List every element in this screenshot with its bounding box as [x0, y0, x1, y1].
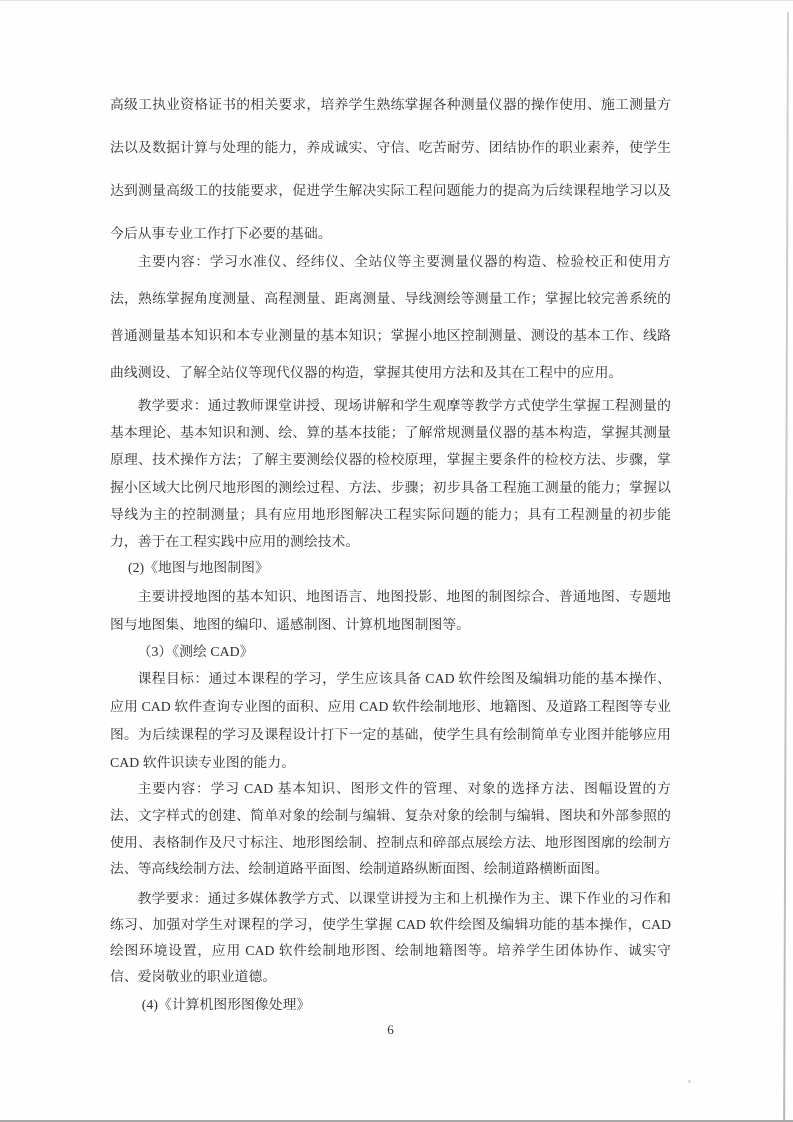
para-cad-main-content: 主要内容：学习 CAD 基本知识、图形文件的管理、对象的选择方法、图幅设置的方法… [110, 776, 671, 883]
para-continuation-course-goal: 高级工执业资格证书的相关要求，培养学生熟练掌握各种测量仪器的操作使用、施工测量方… [110, 83, 671, 255]
text-block: 高级工执业资格证书的相关要求，培养学生熟练掌握各种测量仪器的操作使用、施工测量方… [110, 0, 671, 1122]
heading-course-4-computer-graphics: (4)《计算机图形图像处理》 [110, 991, 671, 1018]
heading-course-3-surveying-cad: （3）《测绘 CAD》 [110, 638, 671, 665]
para-main-content-surveying: 主要内容：学习水准仪、经纬仪、全站仪等主要测量仪器的构造、检验校正和使用方法，熟… [110, 243, 671, 391]
para-teaching-requirements-surveying: 教学要求：通过教师课堂讲授、现场讲解和学生观摩等教学方式使学生掌握工程测量的基本… [110, 392, 671, 555]
para-cad-course-goal: 课程目标：通过本课程的学习，学生应该具备 CAD 软件绘图及编辑功能的基本操作、… [110, 665, 671, 777]
para-map-course-overview: 主要讲授地图的基本知识、地图语言、地图投影、地图的制图综合、普通地图、专题地图与… [110, 583, 671, 638]
para-cad-teaching-requirements: 教学要求：通过多媒体教学方式、以课堂讲授为主和上机操作为主、课下作业的习作和练习… [110, 886, 671, 990]
document-page: 高级工执业资格证书的相关要求，培养学生熟练掌握各种测量仪器的操作使用、施工测量方… [0, 0, 793, 1122]
scan-edge-right-line [783, 12, 789, 1122]
scan-edge-top-line [0, 0, 793, 1]
page-number: 6 [110, 1022, 671, 1038]
scan-speck [688, 1080, 691, 1083]
heading-course-2-map-cartography: (2)《地图与地图制图》 [110, 554, 671, 581]
scan-speck [630, 140, 633, 142]
